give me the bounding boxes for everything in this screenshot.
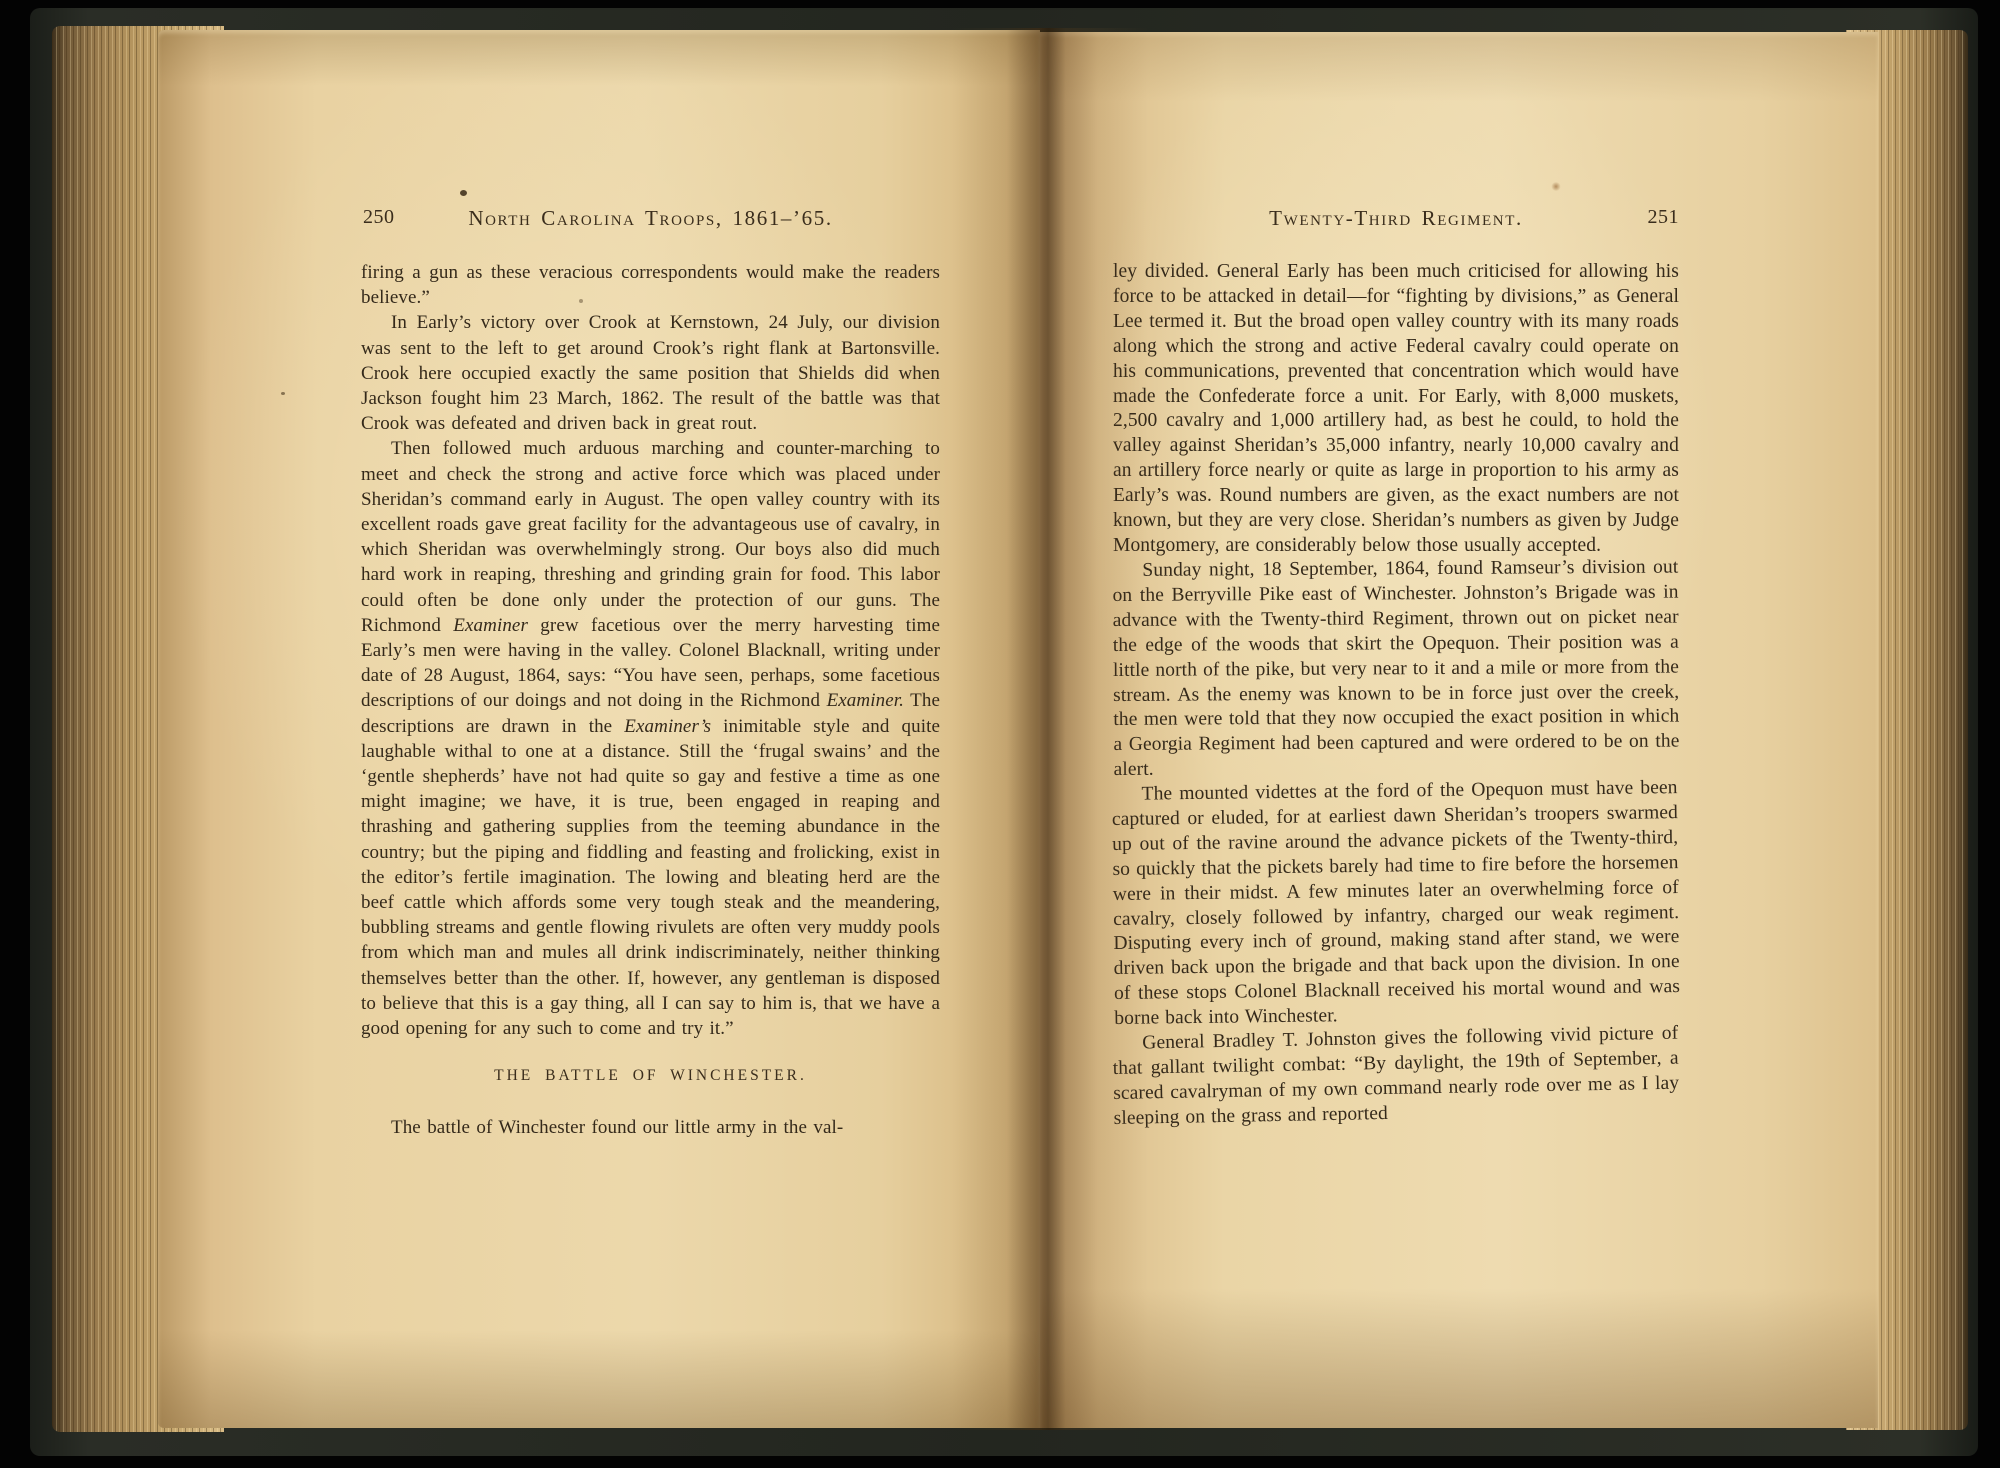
left-page-header: 250 North Carolina Troops, 1861–’65.: [361, 206, 940, 236]
text-run: inimitable style and quite laughable wit…: [361, 716, 940, 1039]
paragraph: In Early’s victory over Crook at Kernsto…: [361, 310, 940, 436]
paragraph: The battle of Winchester found our littl…: [361, 1115, 940, 1140]
paragraph: Sunday night, 18 September, 1864, found …: [1112, 555, 1679, 783]
text-run: Then followed much arduous marching and …: [361, 438, 940, 635]
left-page-body: firing a gun as these veracious correspo…: [361, 260, 940, 1140]
italic-run: Examiner’s: [624, 716, 711, 737]
scanned-book-photo: 250 North Carolina Troops, 1861–’65. fir…: [0, 0, 2000, 1468]
italic-run: Examiner.: [827, 690, 904, 711]
left-page: 250 North Carolina Troops, 1861–’65. fir…: [158, 30, 1040, 1428]
left-page-number: 250: [363, 206, 395, 229]
italic-run: Examiner: [453, 615, 528, 636]
paragraph: Then followed much arduous marching and …: [361, 436, 940, 1041]
paragraph: The mounted videttes at the ford of the …: [1111, 776, 1680, 1032]
right-page-body: ley divided. General Early has been much…: [1113, 260, 1679, 1132]
paragraph: ley divided. General Early has been much…: [1113, 260, 1679, 559]
right-page-number: 251: [1648, 206, 1680, 229]
right-page: Twenty-Third Regiment. 251 ley divided. …: [1040, 32, 1878, 1428]
section-heading: THE BATTLE OF WINCHESTER.: [361, 1063, 940, 1088]
right-running-title: Twenty-Third Regiment.: [1113, 206, 1679, 231]
left-running-title: North Carolina Troops, 1861–’65.: [361, 206, 940, 231]
paragraph: General Bradley T. Johnston gives the fo…: [1112, 1022, 1680, 1132]
paragraph: firing a gun as these veracious correspo…: [361, 260, 940, 310]
right-page-header: Twenty-Third Regiment. 251: [1113, 206, 1679, 236]
